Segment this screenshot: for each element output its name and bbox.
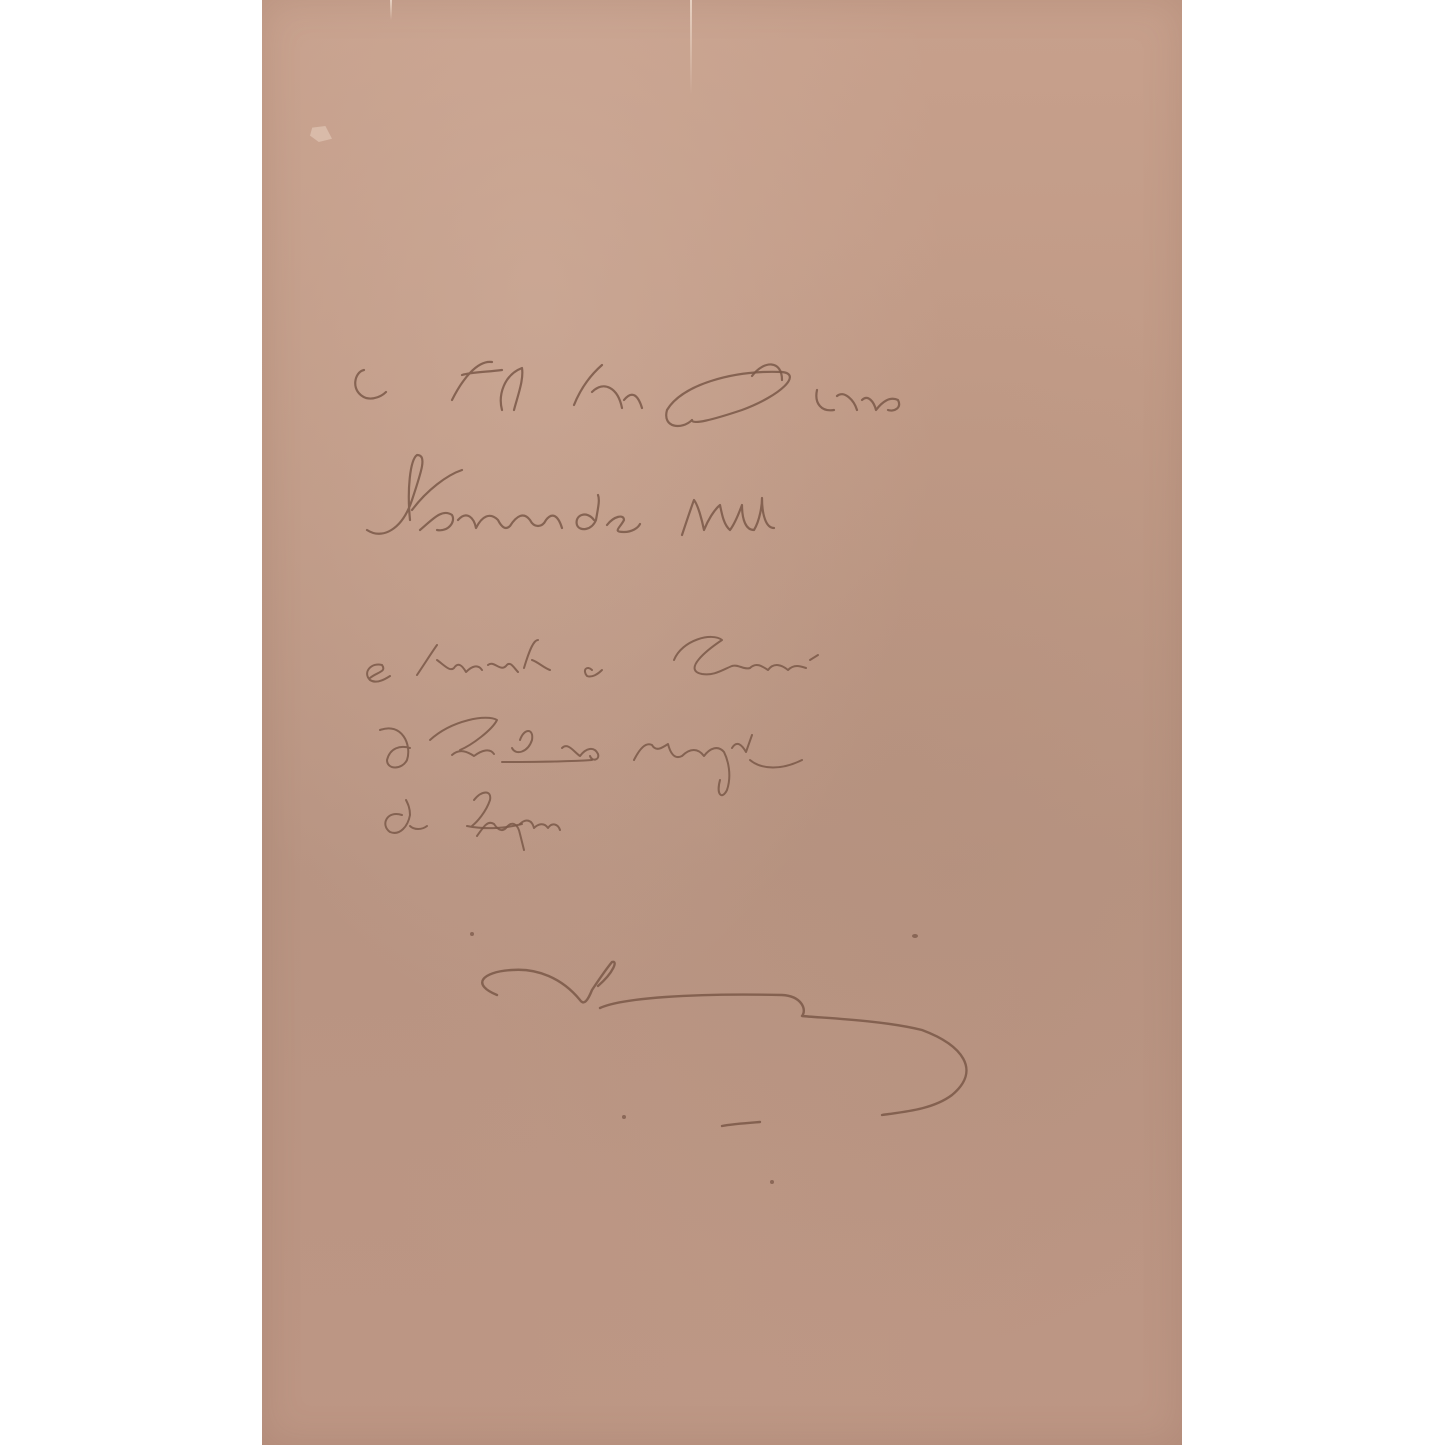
- handwriting-line-5: [385, 793, 560, 851]
- handwriting-line-2: [367, 455, 774, 535]
- handwriting-strokes: [262, 0, 1182, 1445]
- paper-sheet: Ao Exmo. Sr. Barão Homem de Mello e Mini…: [262, 0, 1182, 1445]
- handwriting-line-1: [355, 362, 899, 426]
- ink-speck: [770, 1180, 774, 1184]
- ink-speck: [470, 932, 474, 936]
- handwriting-line-3: [367, 637, 818, 682]
- signature-flourish: [482, 962, 966, 1126]
- handwriting-line-4: [380, 718, 802, 795]
- ink-speck: [912, 934, 918, 938]
- ink-speck: [622, 1115, 626, 1119]
